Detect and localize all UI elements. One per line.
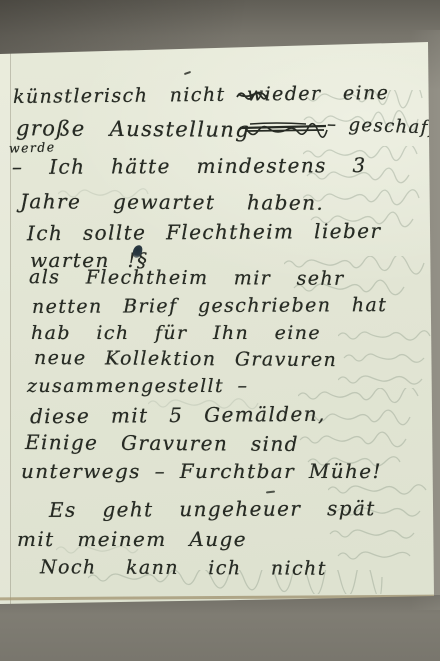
left-fold-line (10, 48, 11, 604)
photograph-of-letter: künstlerisch nicht wieder eine große Aus… (0, 0, 440, 661)
crossed-out-word-scribble (236, 118, 330, 140)
handwriting-line: diese mit 5 Gemälden, (30, 402, 326, 429)
handwriting-line: unterwegs – Furchtbar Mühe! (21, 459, 382, 483)
handwriting-line: – Ich hätte mindestens 3 (12, 153, 367, 179)
handwriting-line: netten Brief geschrieben hat (32, 294, 387, 318)
handwriting-line: Jahre gewartet haben. (20, 189, 324, 215)
handwriting-line: künstlerisch nicht wieder eine (13, 82, 390, 108)
handwriting-line: neue Kollektion Gravuren (34, 347, 337, 371)
ink-bleedthrough-squiggle (338, 328, 432, 396)
letter-page: künstlerisch nicht wieder eine große Aus… (0, 0, 440, 661)
handwriting-line: Einige Gravuren sind (25, 430, 299, 456)
background-bottom-shadow (0, 595, 440, 661)
handwriting-line: Noch kann ich nicht (40, 556, 327, 580)
handwriting-line: als Flechtheim mir sehr (29, 266, 345, 290)
stray-ink-mark (266, 491, 275, 494)
handwriting-line: mit meinem Auge (17, 527, 247, 551)
handwriting-line: Ich sollte Flechtheim lieber (27, 219, 382, 245)
handwriting-line: Es geht ungeheuer spät (49, 496, 376, 522)
handwriting-line: – geschafft. (327, 114, 440, 139)
handwriting-line: große Ausstellung (16, 116, 250, 142)
handwriting-inserted-word: werde (9, 139, 56, 156)
left-fold-strip (0, 48, 10, 604)
stray-ink-mark (184, 71, 191, 75)
overwrite-scribble (236, 88, 268, 102)
handwriting-line: zusammengestellt – (27, 375, 248, 397)
handwriting-line: hab ich für Ihn eine (31, 322, 321, 344)
